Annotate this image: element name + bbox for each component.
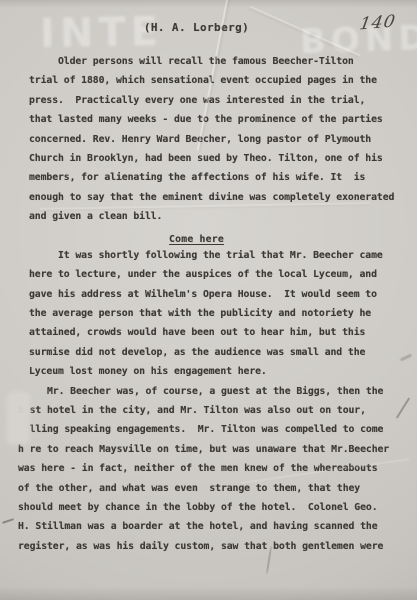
text-line: the average person that with the publici… [29, 304, 417, 323]
text-line: attained, crowds would have been out to … [29, 323, 417, 342]
text-line: It was shortly following the trial that … [29, 246, 417, 265]
text-line: H. Stillman was a boarder at the hotel, … [18, 517, 417, 536]
text-line: lling speaking engagements. Mr. Tilton w… [18, 420, 417, 439]
text-line: surmise did not develop, as the audience… [29, 343, 417, 362]
text-line: gave his address at Wilhelm's Opera Hous… [29, 285, 417, 304]
text-line: enough to say that the eminent divine wa… [29, 188, 417, 207]
text-line: Lyceum lost money on his engagement here… [29, 362, 417, 381]
text-line: was here - in fact, neither of the men k… [18, 459, 417, 478]
paragraph-1: Older persons will recall the famous Bee… [0, 52, 417, 227]
text-line: and given a clean bill. [29, 207, 417, 226]
text-line: b st hotel in the city, and Mr. Tilton w… [18, 401, 417, 420]
text-line: trial of 1880, which sensational event o… [29, 71, 417, 90]
text-line: should meet by chance in the lobby of th… [18, 498, 417, 517]
text-line: Mr. Beecher was, of course, a guest at t… [18, 382, 417, 401]
paragraph-3: Mr. Beecher was, of course, a guest at t… [0, 382, 417, 557]
document-body: Older persons will recall the famous Bee… [0, 52, 417, 556]
text-line: h re to reach Maysville on time, but was… [18, 440, 417, 459]
byline: (H. A. Lorberg) [0, 21, 405, 34]
paper-damage-patch [7, 392, 30, 444]
section-heading-text: Come here [165, 234, 228, 245]
paragraph-2: It was shortly following the trial that … [0, 246, 417, 382]
text-line: members, for alienating the affections o… [29, 168, 417, 187]
text-line: press. Practically every one was interes… [29, 91, 417, 110]
text-line: register, as was his daily custom, saw t… [18, 537, 417, 556]
text-line: concerned. Rev. Henry Ward Beecher, long… [29, 130, 417, 149]
text-line: Church in Brooklyn, had been sued by The… [29, 149, 417, 168]
section-heading: Come here [0, 227, 405, 246]
text-line: that lasted many weeks - due to the prom… [29, 110, 417, 129]
text-line: of the other, and what was even strange … [18, 479, 417, 498]
text-line: Older persons will recall the famous Bee… [29, 52, 417, 71]
text-line: here to lecture, under the auspices of t… [29, 265, 417, 284]
document-page: INTE BOND 140 (H. A. Lorberg) Older pers… [0, 0, 417, 600]
